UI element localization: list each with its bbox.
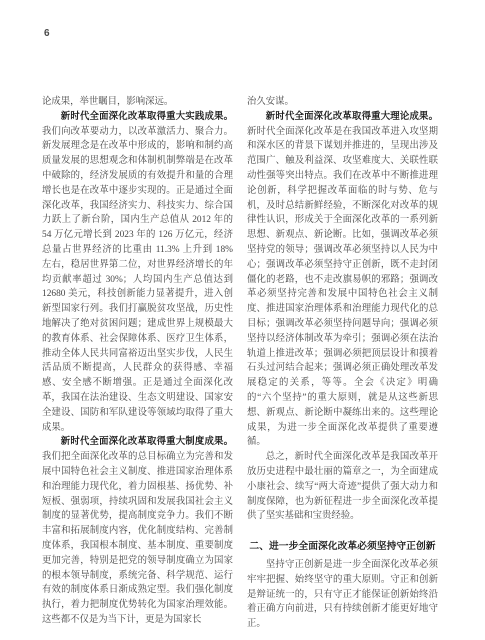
paragraph-body-text: 新时代全面深化改革是在我国改革进入攻坚期和深水区的背景下谋划并推进的，呈现出涉及… — [247, 127, 438, 448]
section-heading: 二、进一步全面深化改革必须坚持守正创新 — [247, 540, 438, 555]
left-column: 论成果，举世瞩目，影响深远。 新时代全面深化改革取得重大实践成果。我们向改革要动… — [42, 95, 233, 628]
paragraph-summary: 总之，新时代全面深化改革是我国改革开放历史进程中最壮丽的篇章之一，为全面建成小康… — [247, 450, 438, 524]
page-number: 6 — [44, 28, 50, 39]
paragraph-body-text: 我们把全面深化改革的总目标确立为完善和发展中国特色社会主义制度、推进国家治理体系… — [42, 452, 233, 625]
right-column: 治久安谋。 新时代全面深化改革取得重大理论成果。新时代全面深化改革是在我国改革进… — [247, 95, 438, 632]
paragraph-section-intro: 坚持守正创新是进一步全面深化改革必须牢牢把握、始终坚守的重大原则。守正和创新是辩… — [247, 558, 438, 632]
paragraph-bold-lead: 新时代全面深化改革取得重大制度成果。 — [61, 437, 233, 447]
paragraph-practice-achievements: 新时代全面深化改革取得重大实践成果。我们向改革要动力，以改革激活力、聚合力。新发… — [42, 110, 233, 436]
paragraph-theoretical-achievements: 新时代全面深化改革取得重大理论成果。新时代全面深化改革是在我国改革进入攻坚期和深… — [247, 110, 438, 450]
paragraph-body-text: 我们向改革要动力，以改革激活力、聚合力。新发展理念是在改革中形成的，影响和制约高… — [42, 127, 233, 433]
paragraph-bold-lead: 新时代全面深化改革取得重大理论成果。 — [266, 112, 438, 122]
paragraph-institutional-achievements: 新时代全面深化改革取得重大制度成果。我们把全面深化改革的总目标确立为完善和发展中… — [42, 435, 233, 627]
paragraph-continuation: 治久安谋。 — [247, 95, 438, 110]
document-page: 6 论成果，举世瞩目，影响深远。 新时代全面深化改革取得重大实践成果。我们向改革… — [0, 0, 485, 640]
paragraph-continuation: 论成果，举世瞩目，影响深远。 — [42, 95, 233, 110]
paragraph-bold-lead: 新时代全面深化改革取得重大实践成果。 — [61, 112, 233, 122]
